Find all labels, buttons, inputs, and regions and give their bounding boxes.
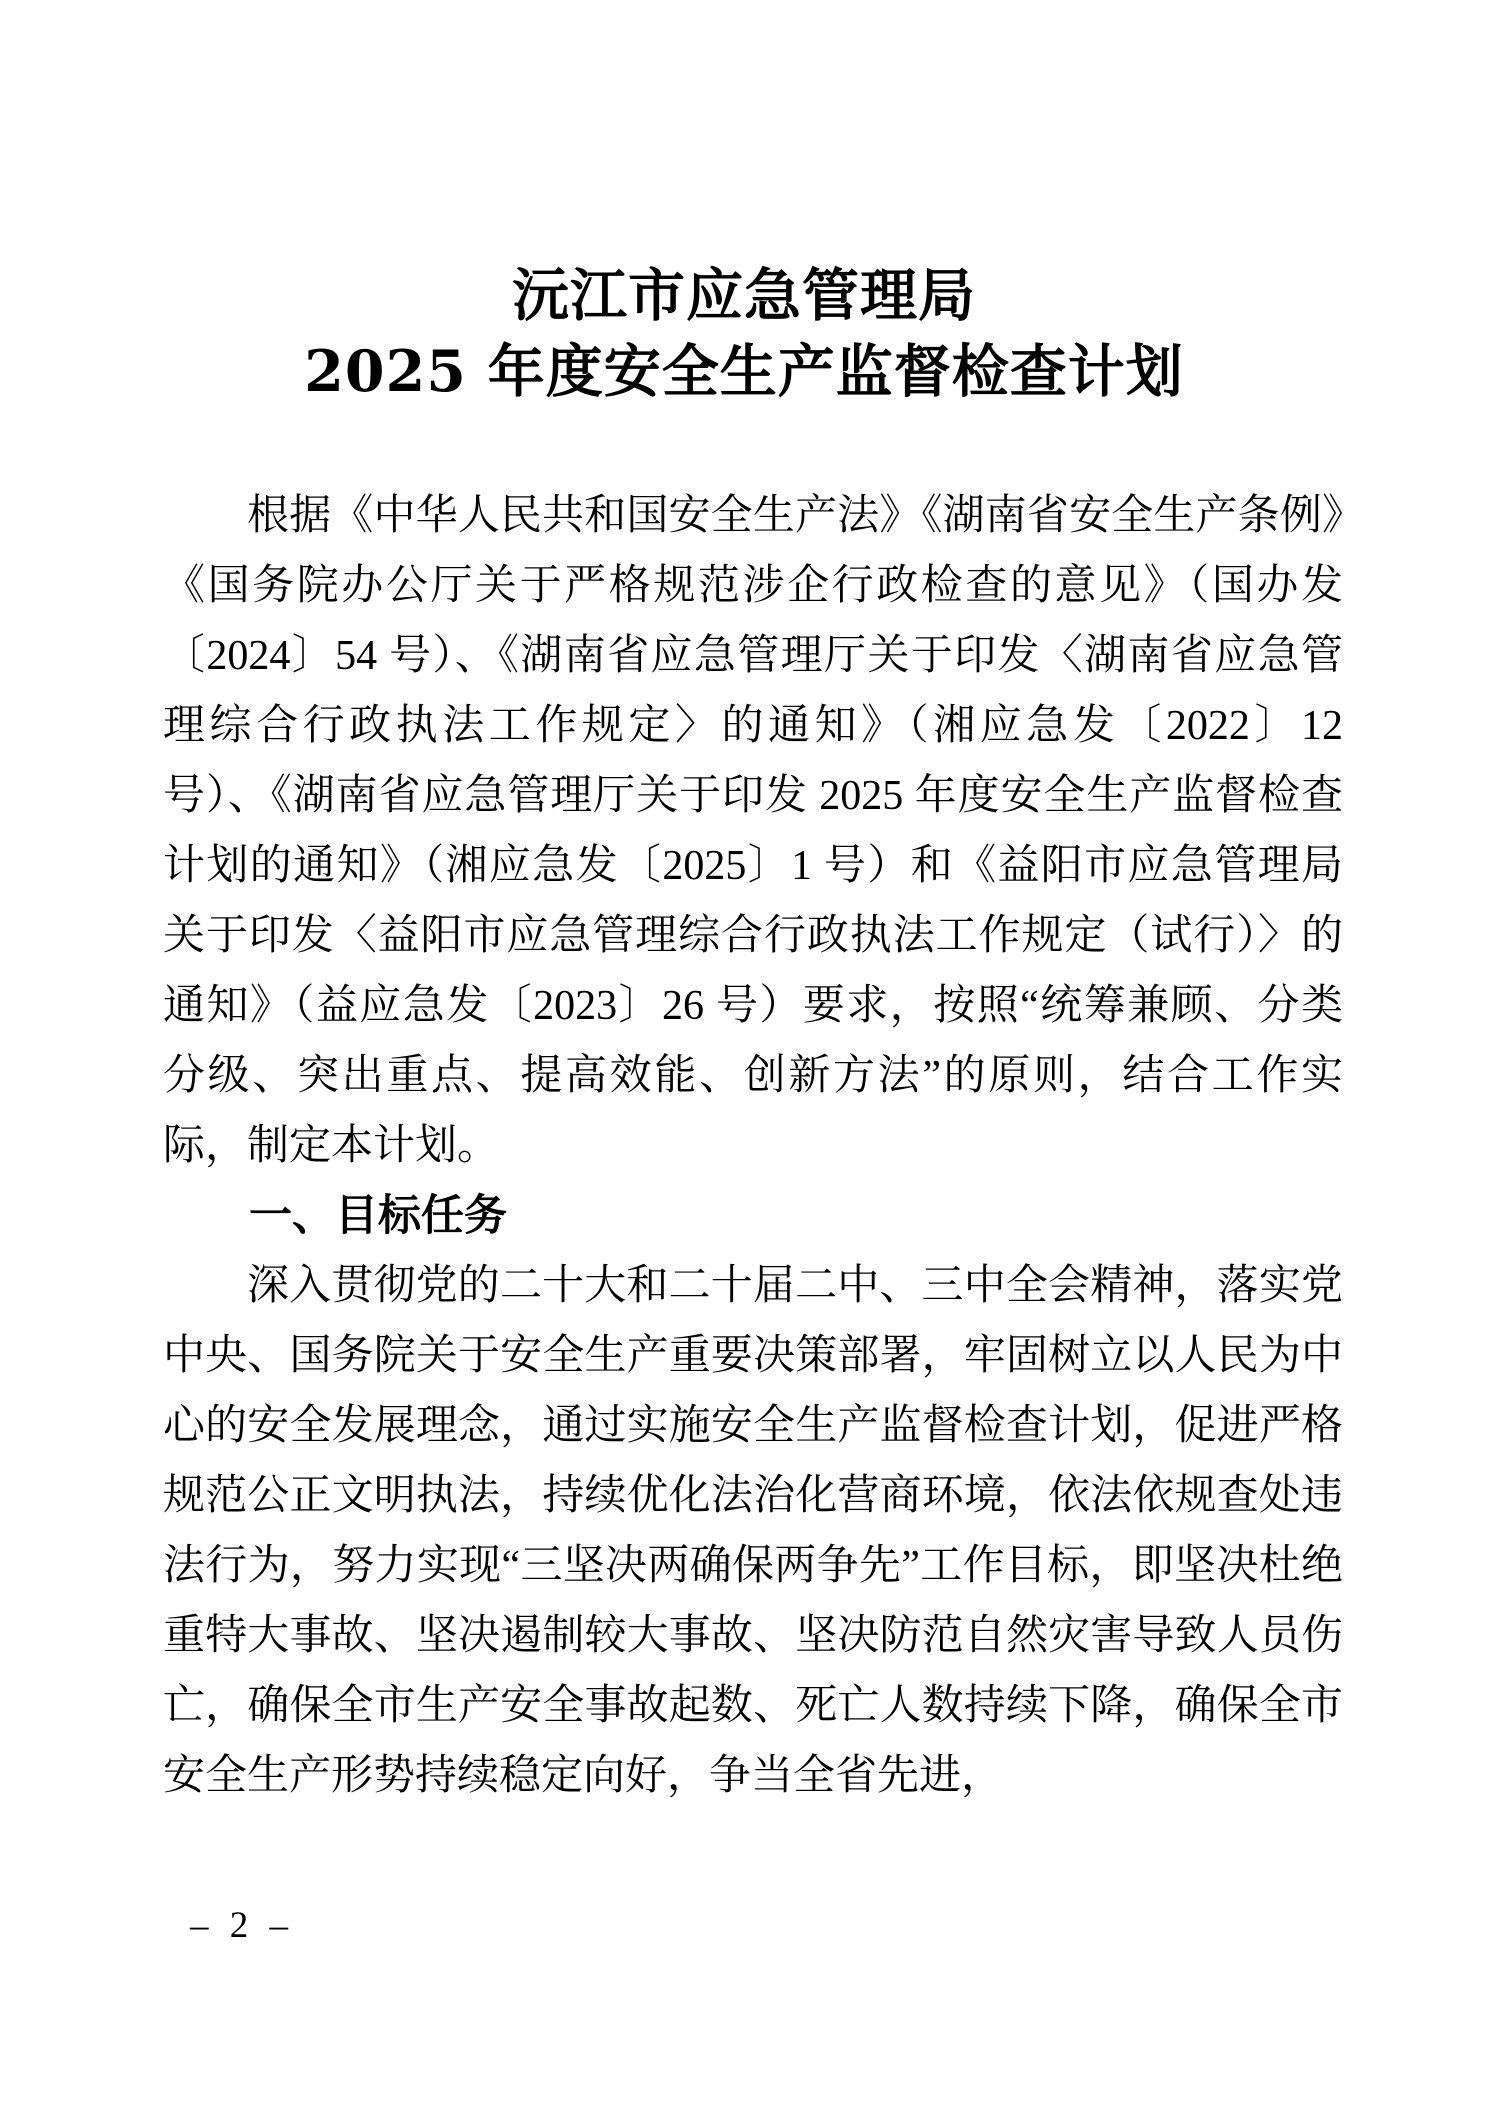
paragraph-goal-tasks: 深入贯彻党的二十大和二十届二中、三中全会精神，落实党中央、国务院关于安全生产重要… — [163, 1251, 1343, 1811]
document-title: 沅江市应急管理局 2025 年度安全生产监督检查计划 — [0, 258, 1488, 410]
paragraph-legal-basis: 根据《中华人民共和国安全生产法》《湖南省安全生产条例》《国务院办公厅关于严格规范… — [163, 481, 1343, 1181]
section-heading-goals: 一、目标任务 — [163, 1181, 1343, 1251]
document-title-line2: 2025 年度安全生产监督检查计划 — [0, 334, 1488, 410]
page-number: – 2 – — [190, 1906, 294, 1946]
document-body: 根据《中华人民共和国安全生产法》《湖南省安全生产条例》《国务院办公厅关于严格规范… — [163, 481, 1343, 1811]
document-page: 沅江市应急管理局 2025 年度安全生产监督检查计划 根据《中华人民共和国安全生… — [0, 0, 1488, 2104]
document-title-line1: 沅江市应急管理局 — [0, 258, 1488, 334]
